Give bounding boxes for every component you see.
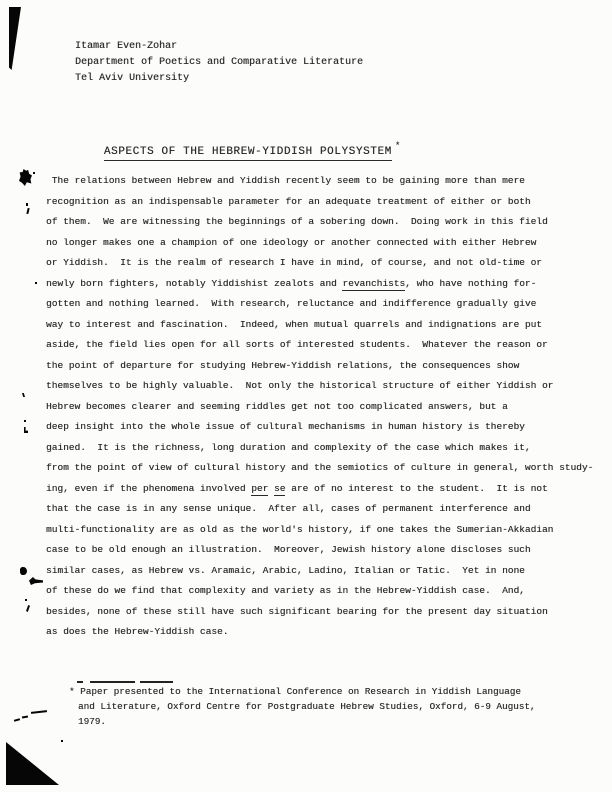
text-line: of these do we find that complexity and … [46, 581, 593, 602]
margin-pen-mark [29, 577, 43, 585]
text-line: as does the Hebrew-Yiddish case. [46, 622, 593, 643]
text-segment: or Yiddish. It is the realm of research … [46, 257, 542, 268]
text-segment: * Paper presented to the International C… [69, 686, 521, 697]
text-segment: of them. We are witnessing the beginning… [46, 216, 548, 227]
text-line: 1979. [69, 715, 535, 730]
text-line: case to be old enough an illustration. M… [46, 540, 593, 561]
scan-artifact-corner-bottom-left [6, 742, 59, 785]
text-line: deep insight into the whole issue of cul… [46, 417, 593, 438]
text-line: no longer makes one a champion of one id… [46, 233, 593, 254]
margin-ink-blot [19, 169, 32, 186]
underlined-text: per [251, 483, 268, 496]
text-line: the point of departure for studying Hebr… [46, 356, 593, 377]
text-line: Department of Poetics and Comparative Li… [75, 55, 363, 71]
text-segment: themselves to be highly valuable. Not on… [46, 380, 553, 391]
text-line: or Yiddish. It is the realm of research … [46, 253, 593, 274]
text-segment: deep insight into the whole issue of cul… [46, 421, 525, 432]
body-paragraph: The relations between Hebrew and Yiddish… [46, 171, 593, 643]
text-segment: gained. It is the richness, long duratio… [46, 442, 531, 453]
text-segment: recognition as an indispensable paramete… [46, 196, 531, 207]
text-segment: similar cases, as Hebrew vs. Aramaic, Ar… [46, 565, 525, 576]
text-segment: Department of Poetics and Comparative Li… [75, 57, 363, 68]
text-segment: and Literature, Oxford Centre for Postgr… [78, 701, 535, 712]
text-line: recognition as an indispensable paramete… [46, 192, 593, 213]
margin-speck [26, 605, 30, 612]
separator-dash [140, 681, 173, 683]
text-line: themselves to be highly valuable. Not on… [46, 376, 593, 397]
margin-speck [26, 208, 29, 214]
text-segment: Hebrew becomes clearer and seeming riddl… [46, 401, 508, 412]
margin-pen-dash [31, 710, 47, 714]
text-segment: from the point of view of cultural histo… [46, 462, 593, 473]
text-segment: Tel Aviv University [75, 73, 189, 84]
text-segment: aside, the field lies open for all sorts… [46, 339, 548, 350]
text-line: Tel Aviv University [75, 71, 363, 87]
text-line: Itamar Even-Zohar [75, 39, 363, 55]
margin-speck [22, 393, 25, 397]
margin-pen-blot [20, 567, 27, 575]
text-segment: case to be old enough an illustration. M… [46, 544, 531, 555]
text-segment: no longer makes one a champion of one id… [46, 237, 536, 248]
underlined-text: se [274, 483, 285, 496]
margin-speck [25, 599, 27, 601]
margin-pen-dash [22, 715, 28, 718]
text-segment: gotten and nothing learned. With researc… [46, 298, 536, 309]
text-line: newly born fighters, notably Yiddishist … [46, 274, 593, 295]
margin-speck [24, 420, 26, 422]
text-segment: , who have nothing for- [405, 278, 536, 289]
text-segment: as does the Hebrew-Yiddish case. [46, 626, 228, 637]
text-segment: 1979. [78, 716, 106, 727]
text-line: Hebrew becomes clearer and seeming riddl… [46, 397, 593, 418]
text-segment: of these do we find that complexity and … [46, 585, 525, 596]
separator-dash [90, 681, 135, 683]
author-block: Itamar Even-ZoharDepartment of Poetics a… [75, 39, 363, 87]
text-line: gained. It is the richness, long duratio… [46, 438, 593, 459]
text-segment: the point of departure for studying Hebr… [46, 360, 519, 371]
text-segment: Itamar Even-Zohar [75, 41, 177, 52]
text-line: of them. We are witnessing the beginning… [46, 212, 593, 233]
footnote: * Paper presented to the International C… [69, 685, 535, 730]
scan-artifact-corner-fold-top-left [9, 7, 21, 70]
footnote-marker-superscript: * [395, 141, 400, 151]
margin-speck [24, 427, 28, 433]
margin-pen-dash [14, 718, 20, 722]
text-segment: multi-functionality are as old as the wo… [46, 524, 553, 535]
scanned-document-page: Itamar Even-ZoharDepartment of Poetics a… [0, 0, 612, 792]
text-line: that the case is in any sense unique. Af… [46, 499, 593, 520]
text-line: gotten and nothing learned. With researc… [46, 294, 593, 315]
text-line: and Literature, Oxford Centre for Postgr… [69, 700, 535, 715]
text-segment: ing, even if the phenomena involved [46, 483, 251, 494]
footnote-separator-line [77, 681, 173, 683]
margin-speck [35, 282, 37, 284]
title-row: ASPECTS OF THE HEBREW-YIDDISH POLYSYSTEM… [75, 129, 400, 170]
text-line: way to interest and fascination. Indeed,… [46, 315, 593, 336]
text-line: multi-functionality are as old as the wo… [46, 520, 593, 541]
margin-speck [61, 740, 63, 742]
text-segment: besides, none of these still have such s… [46, 606, 548, 617]
separator-dash [77, 681, 83, 683]
margin-speck [33, 172, 35, 174]
text-segment: way to interest and fascination. Indeed,… [46, 319, 542, 330]
text-line: The relations between Hebrew and Yiddish… [46, 171, 593, 192]
underlined-text: revanchists [342, 278, 405, 291]
text-segment: are of no interest to the student. It is… [285, 483, 547, 494]
text-line: * Paper presented to the International C… [69, 685, 535, 700]
text-segment: newly born fighters, notably Yiddishist … [46, 278, 342, 289]
text-line: besides, none of these still have such s… [46, 602, 593, 623]
text-segment: The relations between Hebrew and Yiddish… [46, 175, 525, 186]
text-line: aside, the field lies open for all sorts… [46, 335, 593, 356]
text-line: from the point of view of cultural histo… [46, 458, 593, 479]
margin-speck [26, 203, 28, 206]
text-segment: that the case is in any sense unique. Af… [46, 503, 531, 514]
document-title: ASPECTS OF THE HEBREW-YIDDISH POLYSYSTEM [104, 146, 392, 161]
text-line: ing, even if the phenomena involved per … [46, 479, 593, 500]
text-line: similar cases, as Hebrew vs. Aramaic, Ar… [46, 561, 593, 582]
